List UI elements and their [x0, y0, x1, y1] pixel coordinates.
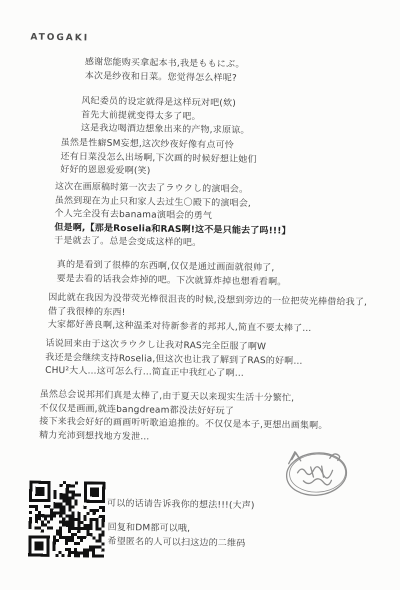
text-line: 本次是纱夜和日菜。您觉得怎么样呢?: [85, 70, 245, 86]
paragraph-lightstick: 因此就在我因为没带荧光棒很沮丧的时候,没想到旁边的一位把荧光棒借给我了, 借了我…: [48, 292, 368, 338]
qr-code-icon: [26, 481, 107, 558]
contact-note: 回复和DM都可以哦,: [108, 520, 191, 534]
paragraph-setting: 风纪委员的设定就得是这样玩对吧(欸) 首先大前提就变得太多了吧。 这是我边喝酒边…: [81, 95, 250, 138]
text-line: 要是去看的话我会炸掉的吧。下次就算炸掉也想看看啊。: [56, 272, 286, 289]
paragraph-concert: 这次在画原稿时第一次去了ラウクし的演唱会。 虽然到现在为止只和家人去过生〇殿下的…: [54, 181, 291, 252]
qr-instruction: 希望匿名的人可以扫这边的二维码: [107, 534, 245, 549]
signature-scribble-icon: [277, 439, 354, 502]
text-line: 这是我边喝酒边想象出来的产物,求原谅。: [81, 122, 250, 138]
feedback-note: 可以的话请告诉我你的想法!!!(大声): [107, 496, 255, 511]
paragraph-impression: 真的是看到了很棒的东西啊,仅仅是通过画面就很帅了, 要是去看的话我会炸掉的吧。下…: [56, 259, 286, 290]
paragraph-greeting: 感谢您能购买拿起本书,我是ももにぶ。 本次是纱夜和日菜。您觉得怎么样呢?: [85, 56, 245, 86]
page-title: ATOGAKI: [30, 33, 89, 44]
paragraph-closing: 虽然总会说邦邦们真是太棒了,由于夏天以来现实生活十分繁忙, 不仅仅是画画,就连b…: [39, 389, 328, 448]
paragraph-ras: 话说回来由于这次ラウクし让我对RAS完全臣服了啊W 我还是会继续支持Roseli…: [45, 338, 303, 383]
scanned-content: ATOGAKI 感谢您能购买拿起本书,我是ももにぶ。 本次是纱夜和日菜。您觉得怎…: [0, 0, 400, 590]
paragraph-characters: 虽然是性癖SM妄想,这次纱夜好像有点可怜 还有日菜没怎么出场啊,下次画的时候好想…: [60, 137, 257, 181]
afterword-page: ATOGAKI 感谢您能购买拿起本书,我是ももにぶ。 本次是纱夜和日菜。您觉得怎…: [0, 0, 400, 590]
